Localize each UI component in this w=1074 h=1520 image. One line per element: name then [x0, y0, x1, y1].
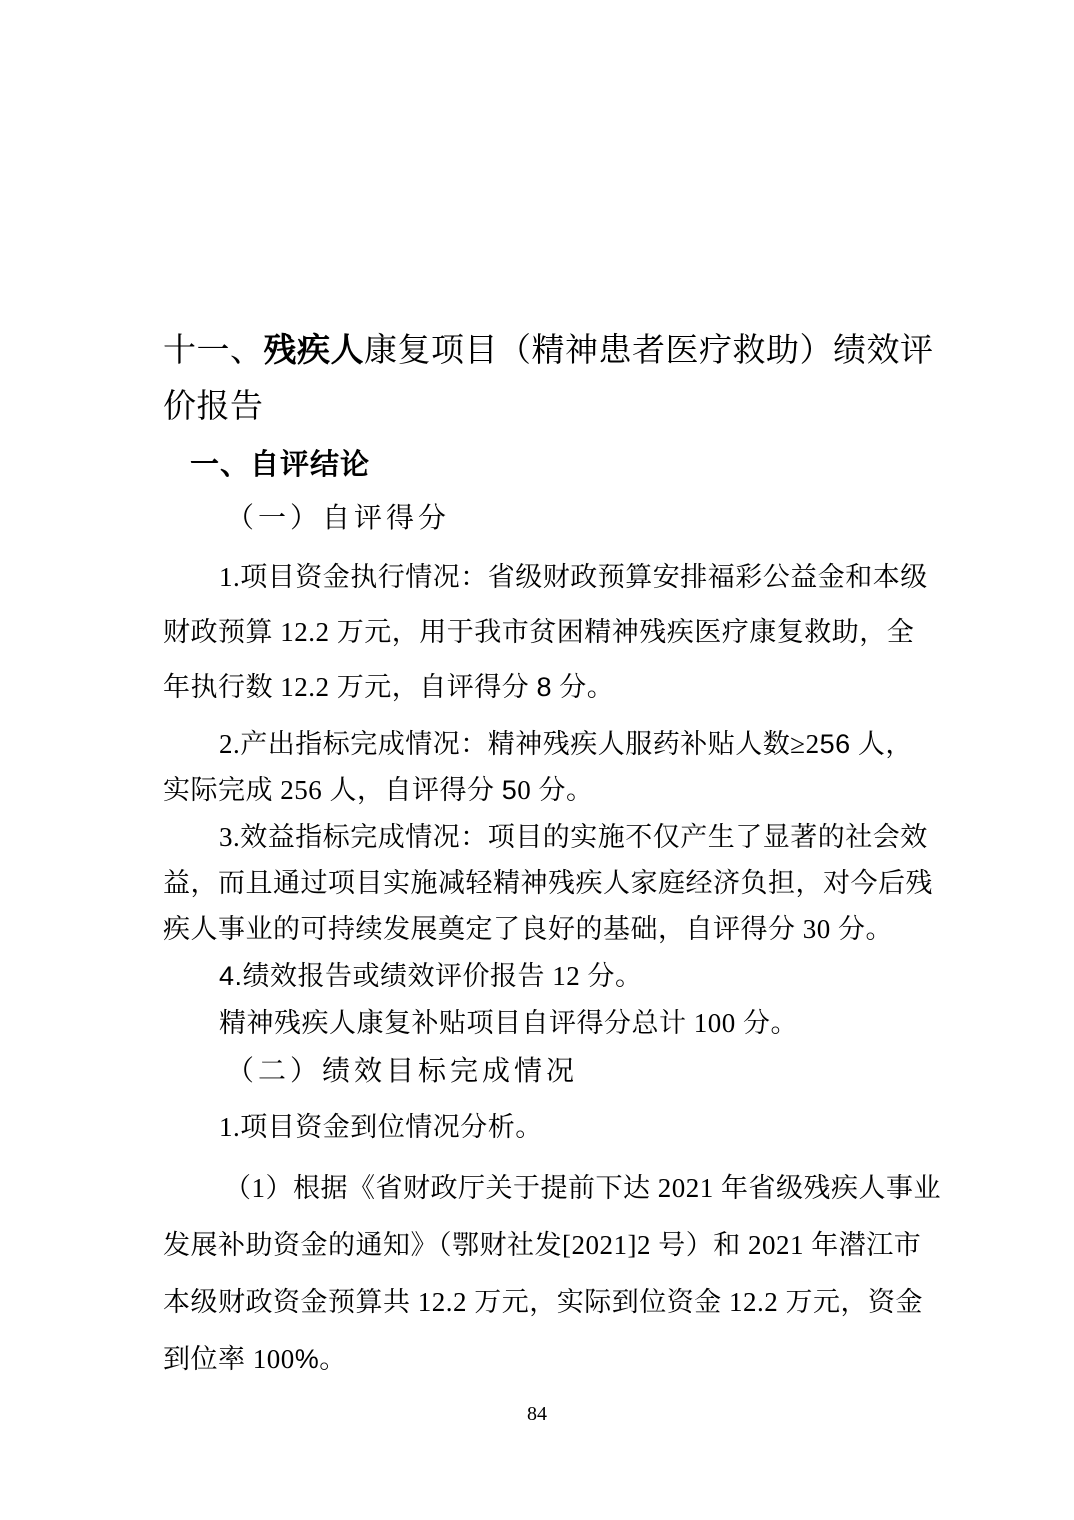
- subsection-heading-performance-target-completion: （二）绩效目标完成情况: [226, 1056, 578, 1088]
- body-line-p2-2: 实际完成 256 人，自评得分 50 分。: [163, 775, 594, 806]
- body-line-p4: 4.绩效报告或绩效评价报告 12 分。: [219, 961, 643, 992]
- body-line-p3-1: 3.效益指标完成情况：项目的实施不仅产生了显著的社会效: [219, 822, 928, 853]
- page-number: 84: [0, 1403, 1074, 1426]
- text-segment: 实际完成 256 人，自评得分: [163, 775, 502, 805]
- text-segment: 年执行数 12.2 万元，自评得分: [163, 672, 537, 702]
- text-segment: 0 分。: [517, 775, 593, 805]
- text-segment: 到位率 100: [163, 1344, 295, 1374]
- text-segment: 。: [319, 1344, 347, 1374]
- document-page: 十一、残疾人康复项目（精神患者医疗救助）绩效评 价报告 一、自评结论 （一）自评…: [0, 0, 1074, 1520]
- text-segment: 十一、: [163, 333, 264, 369]
- body-line-p5: 精神残疾人康复补贴项目自评得分总计 100 分。: [219, 1008, 798, 1039]
- body-line-p1-1: 1.项目资金执行情况：省级财政预算安排福彩公益金和本级: [219, 562, 928, 593]
- text-segment: 人，: [851, 729, 913, 759]
- text-segment: 5: [502, 775, 518, 805]
- report-title-line-2: 价报告: [163, 389, 264, 427]
- text-segment: 康复项目（精神患者医疗救助）绩效评: [364, 333, 934, 369]
- text-segment: 绩效报告或绩效评价报告 12 分。: [243, 961, 643, 991]
- body-line-p7-2: 发展补助资金的通知》（鄂财社发[2021]2 号）和 2021 年潜江市: [163, 1230, 921, 1261]
- text-segment: 2.产出指标完成情况：精神残疾人服药补贴人数≥2: [219, 729, 820, 759]
- text-segment: 分。: [552, 672, 614, 702]
- body-line-p1-2: 财政预算 12.2 万元，用于我市贫困精神残疾医疗康复救助，全: [163, 617, 914, 648]
- section-heading-self-evaluation-conclusion: 一、自评结论: [190, 449, 370, 482]
- subsection-heading-self-score: （一）自评得分: [226, 503, 450, 535]
- body-line-p7-3: 本级财政资金预算共 12.2 万元，实际到位资金 12.2 万元，资金: [163, 1287, 923, 1318]
- body-line-p6: 1.项目资金到位情况分析。: [219, 1112, 543, 1143]
- text-segment: 4.: [219, 961, 243, 991]
- body-line-p3-3: 疾人事业的可持续发展奠定了良好的基础，自评得分 30 分。: [163, 914, 893, 945]
- body-line-p7-4: 到位率 100%。: [163, 1344, 347, 1375]
- report-title-line-1: 十一、残疾人康复项目（精神患者医疗救助）绩效评: [163, 333, 934, 371]
- body-line-p3-2: 益，而且通过项目实施减轻精神残疾人家庭经济负担，对今后残: [163, 868, 933, 899]
- text-segment: 56: [820, 729, 851, 759]
- text-segment: 8: [537, 672, 553, 702]
- text-segment: %: [295, 1344, 320, 1374]
- body-line-p2-1: 2.产出指标完成情况：精神残疾人服药补贴人数≥256 人，: [219, 729, 913, 760]
- body-line-p1-3: 年执行数 12.2 万元，自评得分 8 分。: [163, 672, 614, 703]
- text-segment: 残疾人: [264, 333, 365, 369]
- body-line-p7-1: （1）根据《省财政厅关于提前下达 2021 年省级残疾人事业: [224, 1173, 941, 1204]
